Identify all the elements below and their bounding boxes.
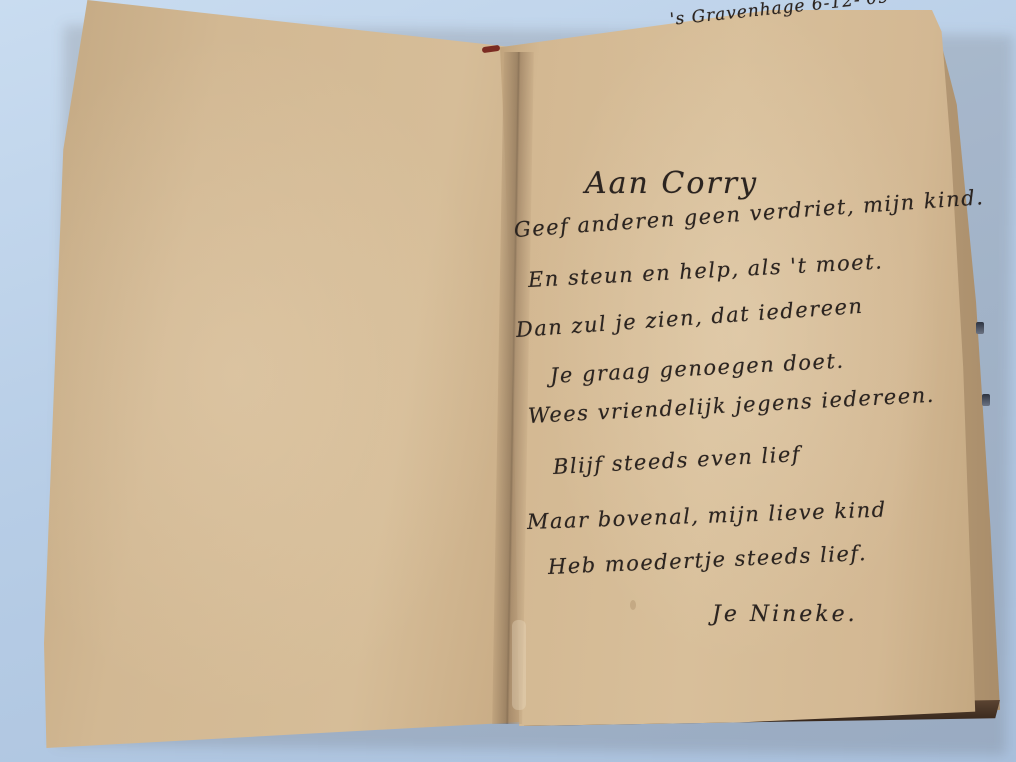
paper-stain	[630, 600, 636, 610]
paper-wear	[512, 620, 526, 710]
left-page-blank	[44, 0, 526, 748]
photo-scene: 's Gravenhage 6-12-'09 Aan Corry Geef an…	[0, 0, 1016, 762]
signature: Je Nineke.	[712, 602, 858, 627]
clasp-icon	[976, 322, 984, 334]
dedication-heading: Aan Corry	[585, 166, 758, 201]
clasp-icon	[982, 394, 990, 406]
